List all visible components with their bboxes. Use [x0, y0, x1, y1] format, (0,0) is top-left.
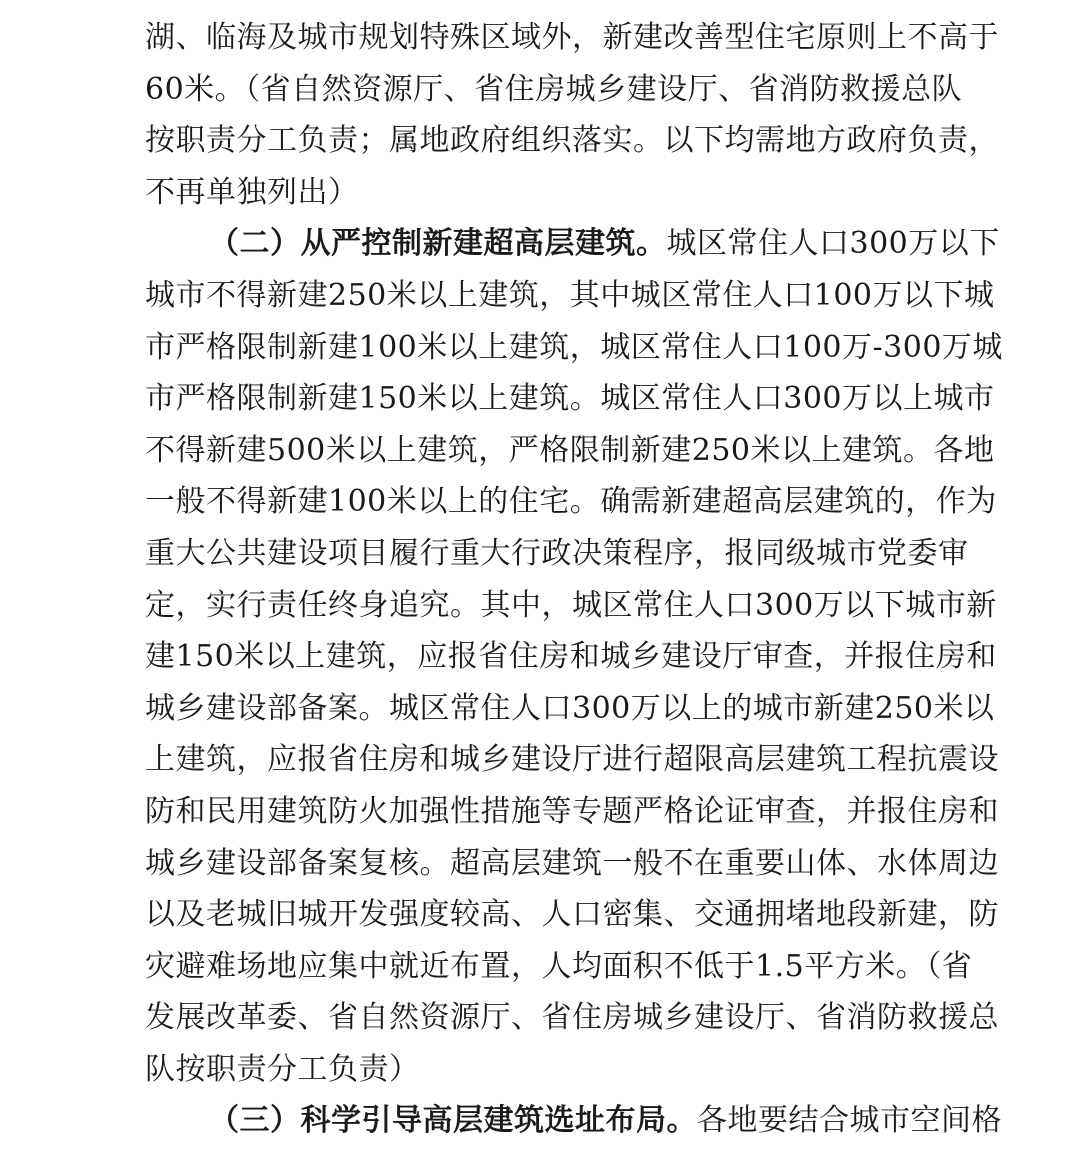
text-line-4: 不再单独列出） — [145, 167, 947, 219]
text-line-8: 市严格限制新建150米以上建筑。城区常住人口300万以上城市 — [145, 373, 947, 425]
section-2-heading: （二）从严控制新建超高层建筑。 — [209, 226, 667, 261]
text-line-17: 城乡建设部备案复核。超高层建筑一般不在重要山体、水体周边 — [145, 838, 947, 890]
text-line-16: 防和民用建筑防火加强性措施等专题严格论证审查，并报住房和 — [145, 786, 947, 838]
text-line-9: 不得新建500米以上建筑，严格限制新建250米以上建筑。各地 — [145, 425, 947, 477]
text-line-7: 市严格限制新建100米以上建筑，城区常住人口100万-300万城 — [145, 322, 947, 374]
text-line-14: 城乡建设部备案。城区常住人口300万以上的城市新建250米以 — [145, 683, 947, 735]
text-line-1: 湖、临海及城市规划特殊区域外，新建改善型住宅原则上不高于 — [145, 12, 947, 64]
section-2-lead-text: 城区常住人口300万以下 — [667, 226, 1000, 261]
text-line-19: 灾避难场地应集中就近布置，人均面积不低于1.5平方米。（省 — [145, 941, 947, 993]
text-line-15: 上建筑，应报省住房和城乡建设厅进行超限高层建筑工程抗震设 — [145, 734, 947, 786]
text-line-6: 城市不得新建250米以上建筑，其中城区常住人口100万以下城 — [145, 270, 947, 322]
text-line-13: 建150米以上建筑，应报省住房和城乡建设厅审查，并报住房和 — [145, 631, 947, 683]
text-line-11: 重大公共建设项目履行重大行政决策程序，报同级城市党委审 — [145, 528, 947, 580]
text-line-2: 60米。（省自然资源厅、省住房城乡建设厅、省消防救援总队 — [145, 64, 947, 116]
text-line-3: 按职责分工负责；属地政府组织落实。以下均需地方政府负责， — [145, 115, 947, 167]
section-2-first-line: （二）从严控制新建超高层建筑。城区常住人口300万以下 — [145, 218, 947, 270]
section-3-heading: （三）科学引导高层建筑选址布局。 — [209, 1103, 697, 1138]
text-line-20: 发展改革委、省自然资源厅、省住房城乡建设厅、省消防救援总 — [145, 992, 947, 1044]
text-line-12: 定，实行责任终身追究。其中，城区常住人口300万以下城市新 — [145, 580, 947, 632]
text-line-18: 以及老城旧城开发强度较高、人口密集、交通拥堵地段新建，防 — [145, 889, 947, 941]
text-line-10: 一般不得新建100米以上的住宅。确需新建超高层建筑的，作为 — [145, 476, 947, 528]
text-line-21: 队按职责分工负责） — [145, 1044, 947, 1096]
section-3-first-line: （三）科学引导高层建筑选址布局。各地要结合城市空间格 — [145, 1095, 947, 1147]
document-page: 湖、临海及城市规划特殊区域外，新建改善型住宅原则上不高于 60米。（省自然资源厅… — [145, 12, 947, 1147]
section-3-lead-text: 各地要结合城市空间格 — [697, 1103, 1002, 1138]
